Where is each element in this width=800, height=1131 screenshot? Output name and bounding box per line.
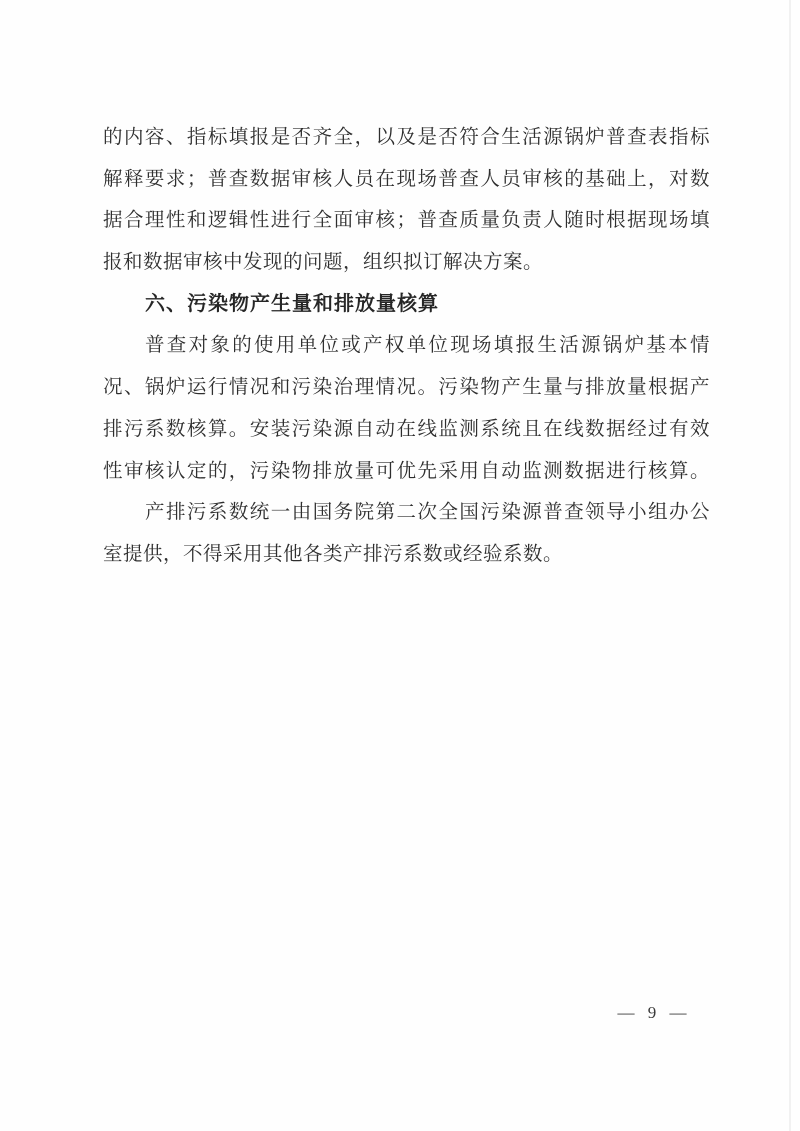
text-line: 的内容、指标填报是否齐全，以及是否符合生活源锅炉普查表指标 [103, 117, 710, 159]
text-line: 解释要求；普查数据审核人员在现场普查人员审核的基础上，对数 [103, 159, 710, 201]
text-line: 普查对象的使用单位或产权单位现场填报生活源锅炉基本情 [103, 325, 710, 367]
document-page: 的内容、指标填报是否齐全，以及是否符合生活源锅炉普查表指标解释要求；普查数据审核… [0, 0, 800, 1131]
text-line: 况、锅炉运行情况和污染治理情况。污染物产生量与排放量根据产 [103, 367, 710, 409]
text-line: 报和数据审核中发现的问题，组织拟订解决方案。 [103, 242, 710, 284]
text-line: 据合理性和逻辑性进行全面审核；普查质量负责人随时根据现场填 [103, 200, 710, 242]
text-line: 室提供，不得采用其他各类产排污系数或经验系数。 [103, 534, 710, 576]
section-heading: 六、污染物产生量和排放量核算 [103, 284, 710, 326]
text-line: 性审核认定的，污染物排放量可优先采用自动监测数据进行核算。 [103, 451, 710, 493]
text-line: 排污系数核算。安装污染源自动在线监测系统且在线数据经过有效 [103, 409, 710, 451]
text-line: 产排污系数统一由国务院第二次全国污染源普查领导小组办公 [103, 492, 710, 534]
scan-edge-artifact [789, 0, 791, 1131]
page-number: — 9 — [560, 1000, 744, 1026]
document-text-block: 的内容、指标填报是否齐全，以及是否符合生活源锅炉普查表指标解释要求；普查数据审核… [103, 117, 710, 576]
